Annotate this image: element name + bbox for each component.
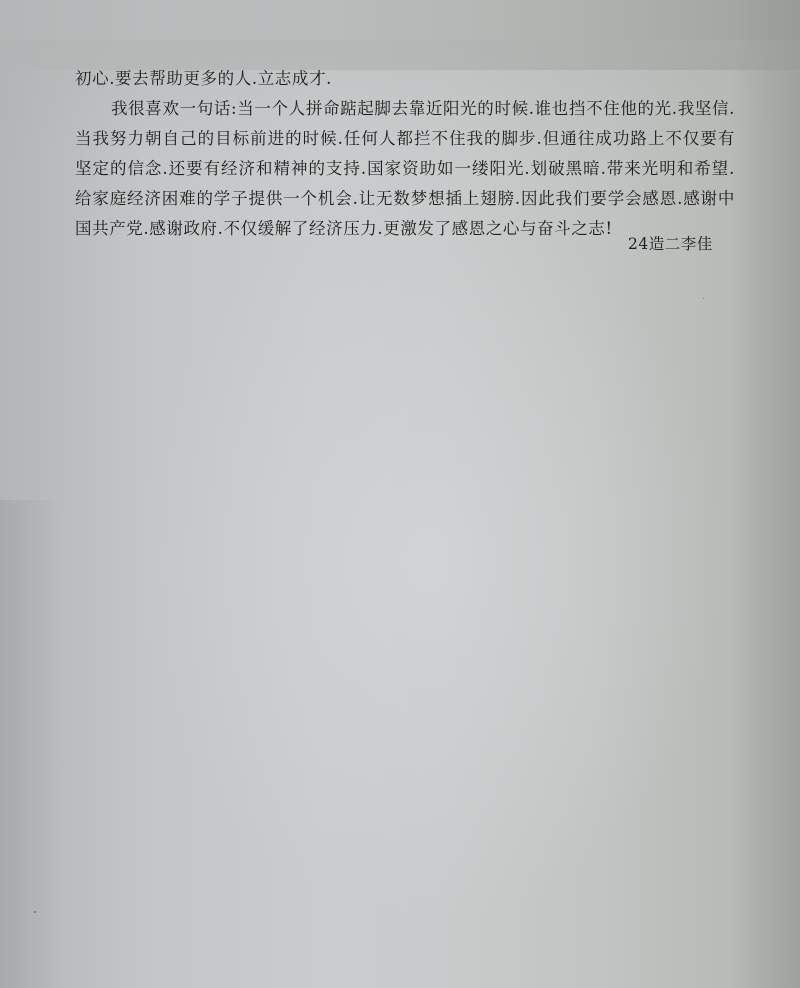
photo-shadow-top bbox=[0, 0, 800, 70]
photo-shadow-left bbox=[0, 500, 60, 988]
paper-speck bbox=[703, 298, 704, 299]
document-body: 初心.要去帮助更多的人.立志成才. 我很喜欢一句话:当一个人拼命踮起脚去靠近阳光… bbox=[75, 64, 735, 244]
paper-speck bbox=[34, 911, 36, 913]
paragraph-closing-line: 初心.要去帮助更多的人.立志成才. bbox=[75, 64, 735, 94]
author-signature: 24造二李佳 bbox=[628, 232, 713, 254]
paragraph-gratitude: 我很喜欢一句话:当一个人拼命踮起脚去靠近阳光的时候.谁也挡不住他的光.我坚信.当… bbox=[75, 94, 735, 244]
photo-shadow-right bbox=[730, 0, 800, 988]
